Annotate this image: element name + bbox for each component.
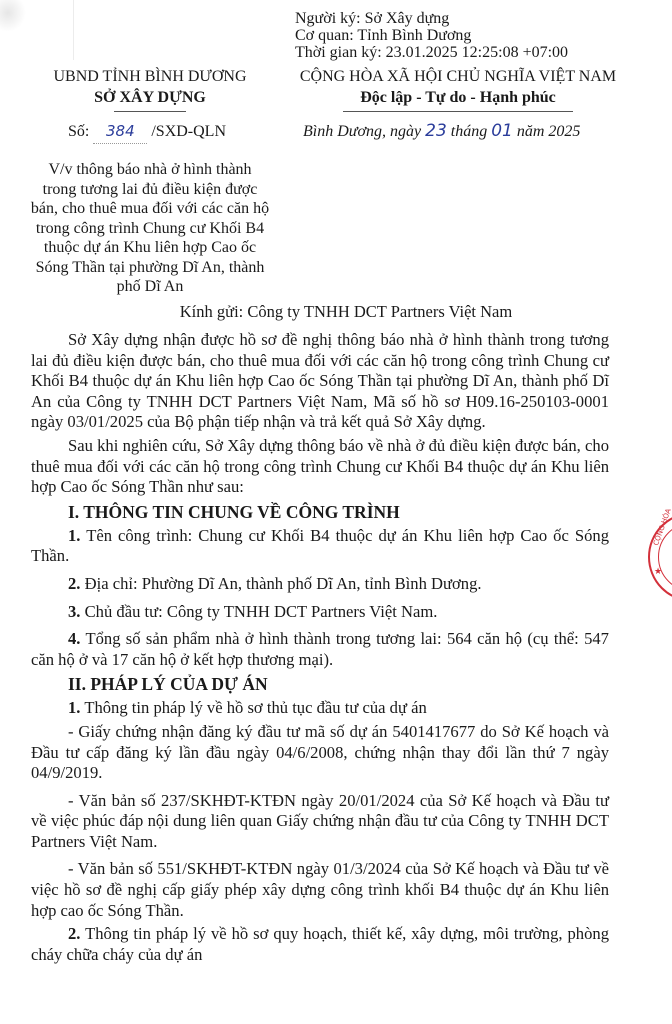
legal-bullet: - Văn bản số 551/SKHĐT-KTĐN ngày 01/3/20… [31,859,609,921]
date-month-handwritten: 01 [491,121,513,141]
doc-number-suffix: /SXD-QLN [151,123,226,140]
signer: Người ký: Sở Xây dựng [295,10,568,27]
official-red-stamp: CỘNG HÒA ★ [648,512,672,602]
paragraph-intro: Sở Xây dựng nhận được hồ sơ đề nghị thôn… [31,330,609,433]
nation-title: CỘNG HÒA XÃ HỘI CHỦ NGHĨA VIỆT NAM [276,66,640,87]
date-day-handwritten: 23 [425,121,447,141]
divider [114,111,186,112]
divider [343,111,573,112]
document-number: Số: 384 /SXD-QLN [68,120,226,144]
signing-agency: Cơ quan: Tỉnh Bình Dương [295,27,568,44]
issue-date: Bình Dương, ngày 23 tháng 01 năm 2025 [303,120,580,143]
authority-name: UBND TỈNH BÌNH DƯƠNG [30,66,270,87]
section-2-heading: II. PHÁP LÝ CỦA DỰ ÁN [31,673,609,695]
section-1-item: 2. Địa chỉ: Phường Dĩ An, thành phố Dĩ A… [31,574,609,595]
legal-bullet: - Văn bản số 237/SKHĐT-KTĐN ngày 20/01/2… [31,791,609,853]
subject-line: V/v thông báo nhà ở hình thành trong tươ… [30,160,270,297]
scan-artifact-line [73,0,74,60]
section-1-item: 1. Tên công trình: Chung cư Khối B4 thuộ… [31,526,609,567]
document-body: Sở Xây dựng nhận được hồ sơ đề nghị thôn… [31,330,609,968]
digital-signature-block: Người ký: Sở Xây dựng Cơ quan: Tỉnh Bình… [295,10,568,61]
section-1-item: 3. Chủ đầu tư: Công ty TNHH DCT Partners… [31,602,609,623]
section-1-item: 4. Tổng số sản phẩm nhà ở hình thành tro… [31,629,609,670]
section-2-item: 1. Thông tin pháp lý về hồ sơ thủ tục đầ… [31,698,609,719]
date-prefix: Bình Dương, ngày [303,123,421,140]
paragraph-notice: Sau khi nghiên cứu, Sở Xây dựng thông bá… [31,436,609,498]
doc-number-handwritten: 384 [106,122,135,140]
section-2-item: 2. Thông tin pháp lý về hồ sơ quy hoạch,… [31,924,609,965]
stamp-star-icon: ★ [654,566,662,577]
signing-time: Thời gian ký: 23.01.2025 12:25:08 +07:00 [295,44,568,61]
doc-number-label: Số: [68,123,89,140]
national-motto: Độc lập - Tự do - Hạnh phúc [276,87,640,108]
issuing-authority: UBND TỈNH BÌNH DƯƠNG SỞ XÂY DỰNG [30,66,270,112]
scan-smudge [0,0,26,32]
recipient: Kính gửi: Công ty TNHH DCT Partners Việt… [0,301,672,323]
legal-bullet: - Giấy chứng nhận đăng ký đầu tư mã số d… [31,722,609,784]
department-name: SỞ XÂY DỰNG [30,87,270,108]
national-header: CỘNG HÒA XÃ HỘI CHỦ NGHĨA VIỆT NAM Độc l… [276,66,640,112]
date-year: năm 2025 [517,123,581,140]
section-1-heading: I. THÔNG TIN CHUNG VỀ CÔNG TRÌNH [31,501,609,523]
date-month-label: tháng [451,123,487,140]
